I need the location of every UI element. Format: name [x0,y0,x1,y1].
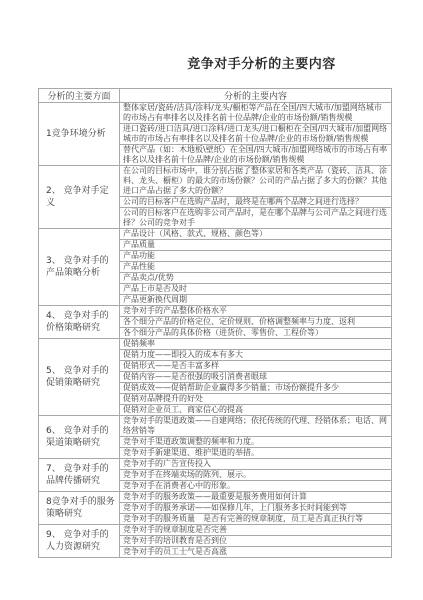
content-cell: 产品功能 [120,251,392,262]
aspect-cell: 9、 竞争对手的人力资源研究 [39,525,120,558]
aspect-cell: 7、 竞争对手的品牌传播研究 [39,459,120,492]
content-cell: 促销力度——即投入的成本有多大 [120,350,392,361]
content-cell: 竞争对手的服务承诺——如保修几年，上门服务多长时间能到等 [120,503,392,514]
content-cell: 产品设计（风格、款式、规格、颜色等） [120,229,392,240]
content-cell: 各个细分产品的具体价格（进货价、零售价、工程价等） [120,328,392,339]
content-cell: 各个细分产品的价格定位、定价规则、价格调整频率与力度、返利 [120,317,392,328]
content-cell: 竞争对手的规章制度是否完善 [120,525,392,536]
table-row: 2、 竞争对手定义在公司的目标市场中，谁分别占据了整体家居和各类产品（瓷砖、洁具… [39,166,392,197]
table-header: 分析的主要方面 分析的主要内容 [39,89,392,103]
aspect-cell: 8竞争对手的服务策略研究 [39,492,120,525]
content-cell: 竞争对手在终端卖场的陈列、展示。 [120,470,392,481]
content-cell: 整体家居/瓷砖/洁具/涂料/龙头/橱柜等产品在全国/四大城市/加盟网络城市的市场… [120,103,392,124]
aspect-cell: 6、 竞争对手的渠道策略研究 [39,416,120,459]
content-cell: 促销成效——促销帮助企业赢得多少销量；市场份额提升多少 [120,383,392,394]
content-cell: 促销对品牌提升的好处 [120,394,392,405]
content-cell: 竞争对手的服务政策——最重要是服务费用如何计算 [120,492,392,503]
content-cell: 竞争对手的广告宣传投入 [120,459,392,470]
content-cell: 竞争对手的员工士气是否高涨 [120,547,392,558]
content-cell: 在公司的目标市场中，谁分别占据了整体家居和各类产品（瓷砖、洁具、涂料、龙头、橱柜… [120,166,392,197]
table-row: 5、 竞争对手的促销策略研究促销频率 [39,339,392,350]
document-page: 竞争对手分析的主要内容 分析的主要方面 分析的主要内容 1竞争环境分析整体家居/… [0,0,423,600]
content-cell: 产品更新换代周期 [120,295,392,306]
aspect-cell: 2、 竞争对手定义 [39,166,120,229]
table-row: 3、 竞争对手的产品策略分析产品设计（风格、款式、规格、颜色等） [39,229,392,240]
content-cell: 公司的目标客户在选购产品时，最终是在哪两个品牌之间进行选择？ [120,197,392,208]
table-row: 8竞争对手的服务策略研究竞争对手的服务政策——最重要是服务费用如何计算 [39,492,392,503]
content-cell: 促销形式——是否丰富多样 [120,361,392,372]
content-cell: 竞争对手的培训教育是否到位 [120,536,392,547]
content-cell: 产品上市是否及时 [120,284,392,295]
content-cell: 促销频率 [120,339,392,350]
content-cell: 促销内容——是否很强的吸引消费者眼球 [120,372,392,383]
content-cell: 竞争对手的渠道政策——自建网络；依托传统的代理、经销体系；电话、网络营销等 [120,416,392,437]
competitor-analysis-table: 分析的主要方面 分析的主要内容 1竞争环境分析整体家居/瓷砖/洁具/涂料/龙头/… [38,88,392,558]
content-cell: 竞争对手新建渠道、维护渠道的举措。 [120,448,392,459]
content-cell: 替代产品（如：木地板\壁纸）在全国/四大城市/加盟网络城市的市场占有率排名以及排… [120,145,392,166]
content-cell: 竞争对手在消费者心中的形象。 [120,481,392,492]
column-header-content: 分析的主要内容 [120,89,392,103]
aspect-cell: 1竞争环境分析 [39,103,120,166]
column-header-aspect: 分析的主要方面 [39,89,120,103]
content-cell: 公司的目标客户在选购非公司产品时，是在哪个品牌与公司产品之间进行选择？公司的竞争… [120,208,392,229]
content-cell: 产品质量 [120,240,392,251]
content-cell: 促销对企业员工、商家信心的提高 [120,405,392,416]
aspect-cell: 5、 竞争对手的促销策略研究 [39,339,120,416]
table-row: 1竞争环境分析整体家居/瓷砖/洁具/涂料/龙头/橱柜等产品在全国/四大城市/加盟… [39,103,392,124]
table-row: 7、 竞争对手的品牌传播研究竞争对手的广告宣传投入 [39,459,392,470]
aspect-cell: 4、 竞争对手的价格策略研究 [39,306,120,339]
content-cell: 竞争对手渠道政策调整的频率和力度。 [120,437,392,448]
page-title: 竞争对手分析的主要内容 [0,53,423,72]
aspect-cell: 3、 竞争对手的产品策略分析 [39,229,120,306]
table-body: 1竞争环境分析整体家居/瓷砖/洁具/涂料/龙头/橱柜等产品在全国/四大城市/加盟… [39,103,392,558]
content-cell: 产品卖点/优势 [120,273,392,284]
table-row: 4、 竞争对手的价格策略研究竞争对手的产品整体价格水平 [39,306,392,317]
content-cell: 竞争对手的产品整体价格水平 [120,306,392,317]
content-cell: 竞争对手的服务质量 是否有完善的规章制度，员工是否真正执行等 [120,514,392,525]
table-row: 6、 竞争对手的渠道策略研究竞争对手的渠道政策——自建网络；依托传统的代理、经销… [39,416,392,437]
content-cell: 产品性能 [120,262,392,273]
header-row: 分析的主要方面 分析的主要内容 [39,89,392,103]
table-row: 9、 竞争对手的人力资源研究竞争对手的规章制度是否完善 [39,525,392,536]
content-cell: 进口瓷砖/进口洁具/进口涂料/进口龙头/进口橱柜在全国/四大城市/加盟网络城市的… [120,124,392,145]
